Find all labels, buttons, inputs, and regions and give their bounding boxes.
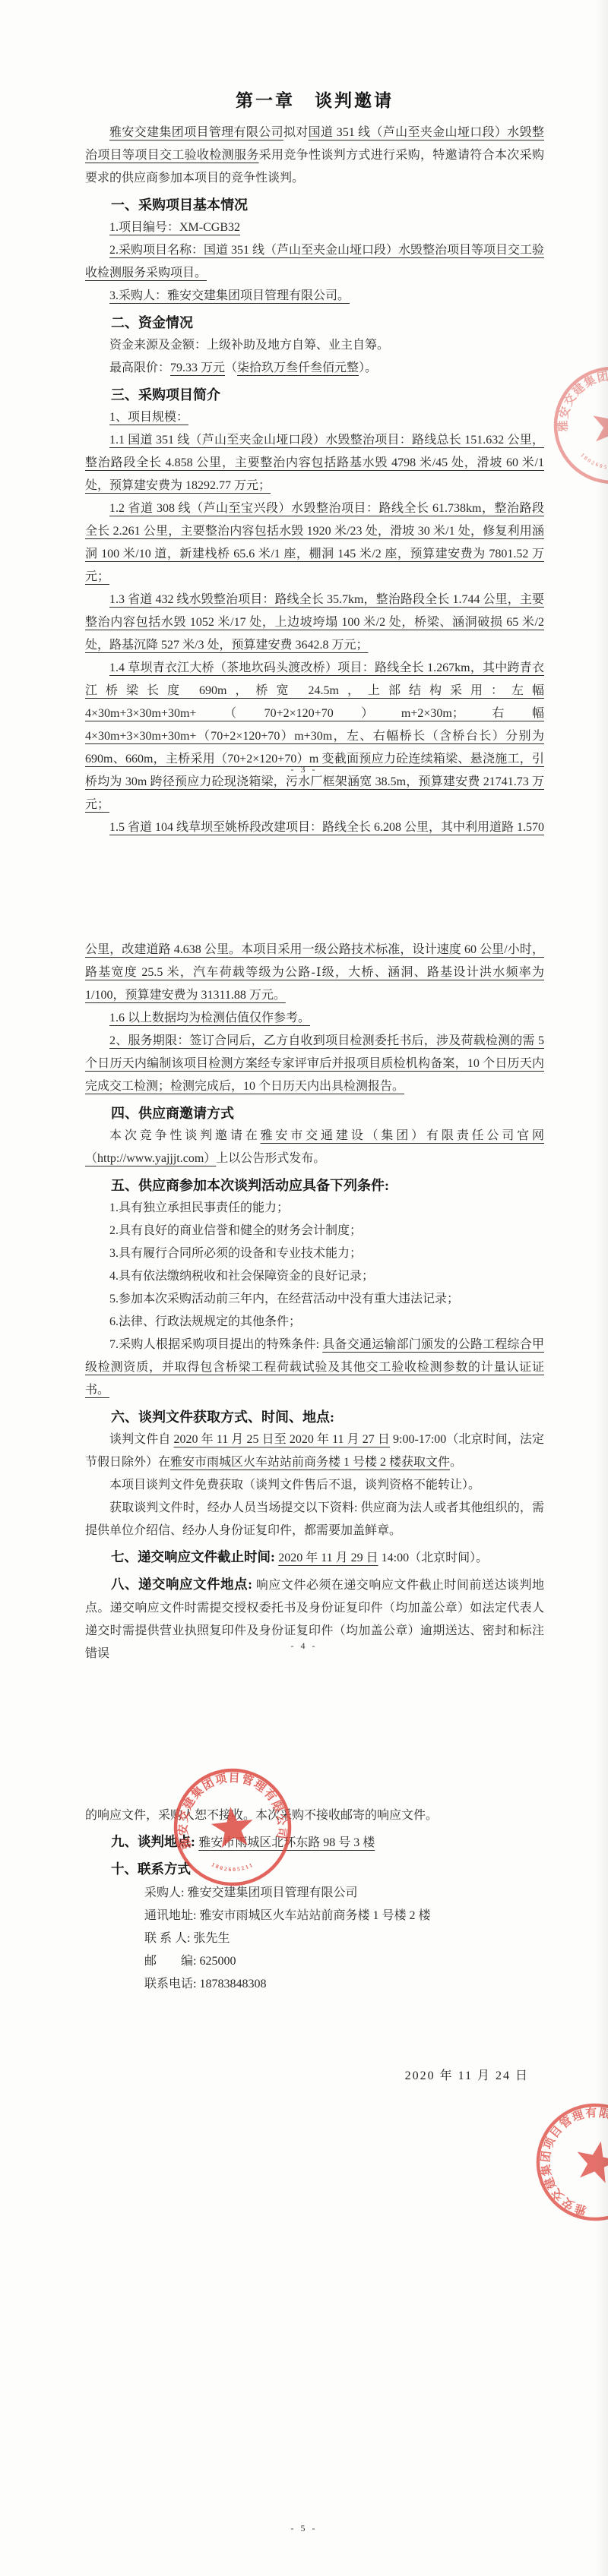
paragraph: 3.具有履行合同所必须的设备和专业技术能力； — [85, 1242, 544, 1265]
paragraph: 3.采购人：雅安交建集团项目管理有限公司。 — [85, 285, 544, 308]
text-segment: 五、供应商参加本次谈判活动应具备下列条件: — [111, 1178, 389, 1193]
text-segment: 雅安市雨城区火车站站前商务楼 1 号楼 2 楼获取文件 — [170, 1456, 450, 1469]
text-segment: 八、递交响应文件地点: — [111, 1577, 256, 1592]
text-segment: 雅安市雨城区北环东路 98 号 3 楼 — [198, 1836, 375, 1849]
page-5: 的响应文件，采购人恕不接收。本次采购不接收邮寄的响应文件。九、谈判地点: 雅安市… — [0, 1716, 608, 2576]
paragraph: 谈判文件自 2020 年 11 月 25 日至 2020 年 11 月 27 日… — [85, 1428, 544, 1474]
text-segment: 3.采购人：雅安交建集团项目管理有限公司。 — [109, 289, 350, 302]
paragraph: 1.6 以上数据均为检测估值仅作参考。 — [85, 1007, 544, 1030]
paragraph: 雅安交建集团项目管理有限公司拟对国道 351 线（芦山至夹金山垭口段）水毁整治项… — [85, 122, 544, 190]
text-segment: 1、项目规模： — [109, 411, 188, 424]
text-segment: 6.法律、行政法规规定的其他条件； — [109, 1315, 301, 1328]
text-segment: 1.3 省道 432 线水毁整治项目：路线全长 35.7km，整治路段全长 1.… — [85, 593, 544, 652]
text-segment: 最高限价： — [109, 361, 170, 374]
paragraph: 联系电话: 18783848308 — [144, 1973, 544, 1996]
scan-edge-shadow — [596, 0, 608, 2576]
paragraph: 1.1 国道 351 线（芦山至夹金山垭口段）水毁整治项目：路线总长 151.6… — [85, 429, 544, 497]
text-segment: 一、采购项目基本情况 — [111, 197, 248, 213]
text-segment: 谈判文件自 — [109, 1433, 174, 1446]
paragraph: 1.5 省道 104 线草坝至姚桥段改建项目：路线全长 6.208 公里，其中利… — [85, 816, 544, 839]
text-segment: 1.6 以上数据均为检测估值仅作参考。 — [109, 1012, 310, 1024]
text-segment: ）。 — [359, 361, 377, 374]
paragraph: 1.2 省道 308 线（芦山至宝兴段）水毁整治项目：路线全长 61.738km… — [85, 497, 544, 589]
text-segment: 二、资金情况 — [111, 315, 193, 330]
paragraph: 九、谈判地点: 雅安市雨城区北环东路 98 号 3 楼 — [85, 1830, 544, 1855]
paragraph: 2.采购项目名称：国道 351 线（芦山至夹金山垭口段）水毁整治项目等项目交工验… — [85, 239, 544, 285]
paragraph: 联 系 人: 张先生 — [144, 1927, 544, 1950]
section-heading: 五、供应商参加本次谈判活动应具备下列条件: — [85, 1174, 544, 1197]
paragraph: 采购人: 雅安交建集团项目管理有限公司 — [144, 1882, 544, 1905]
section-heading: 一、采购项目基本情况 — [85, 194, 544, 216]
paragraph: 1、项目规模： — [85, 406, 544, 429]
text-segment: 联 系 人: 张先生 — [144, 1932, 230, 1945]
paragraph: 获取谈判文件时，经办人员当场提交以下资料: 供应商为法人或者其他组织的，需提供单… — [85, 1497, 544, 1542]
text-segment: 本次竞争性谈判邀请在 — [109, 1129, 261, 1142]
paragraph: 最高限价：79.33 万元（柒拾玖万叁仟叁佰元整）。 — [85, 357, 544, 380]
section-heading: 六、谈判文件获取方式、时间、地点: — [85, 1406, 544, 1428]
section-heading: 四、供应商邀请方式 — [85, 1102, 544, 1125]
text-segment: 2.具有良好的商业信誉和健全的财务会计制度； — [109, 1224, 362, 1237]
text-segment: 2.采购项目名称：国道 351 线（芦山至夹金山垭口段）水毁整治项目等项目交工验… — [85, 244, 544, 279]
text-segment: 3.具有履行合同所必须的设备和专业技术能力； — [109, 1247, 362, 1260]
paragraph: 资金来源及金额：上级补助及地方自筹、业主自筹。 — [85, 334, 544, 357]
text-segment: 1.具有独立承担民事责任的能力； — [109, 1201, 289, 1214]
paragraph: 邮 编: 625000 — [144, 1950, 544, 1973]
page-number-3: - 3 - — [0, 764, 608, 775]
text-segment: 。 — [450, 1456, 462, 1469]
paragraph: 公里，改建道路 4.638 公里。本项目采用一级公路技术标准，设计速度 60 公… — [85, 939, 544, 1007]
paragraph: 1.4 草坝青衣江大桥（茶地坎码头渡改桥）项目：路线全长 1.267km，其中跨… — [85, 657, 544, 816]
text-segment: 1.项目编号：XM-CGB32 — [109, 221, 240, 234]
paragraph: 通讯地址: 雅安市雨城区火车站站前商务楼 1 号楼 2 楼 — [144, 1905, 544, 1927]
text-segment: 1.4 草坝青衣江大桥（茶地坎码头渡改桥）项目：路线全长 1.267km，其中跨… — [85, 661, 544, 811]
document-scan: 第一章 谈判邀请 雅安交建集团项目管理有限公司拟对国道 351 线（芦山至夹金山… — [0, 0, 608, 2576]
paragraph: 1.3 省道 432 线水毁整治项目：路线全长 35.7km，整治路段全长 1.… — [85, 589, 544, 657]
text-segment: 上以公告形式发布。 — [216, 1152, 325, 1165]
text-segment: （ — [225, 361, 237, 374]
page-3-content: 雅安交建集团项目管理有限公司拟对国道 351 线（芦山至夹金山垭口段）水毁整治项… — [85, 122, 544, 839]
paragraph: 5.参加本次采购活动前三年内，在经营活动中没有重大违法记录； — [85, 1288, 544, 1311]
text-segment: 79.33 万元 — [170, 361, 225, 374]
text-segment: 7.采购人根据采购项目提出的特殊条件: — [109, 1338, 322, 1351]
page-4-content: 公里，改建道路 4.638 公里。本项目采用一级公路技术标准，设计速度 60 公… — [85, 939, 544, 1665]
text-segment: 2020 年 11 月 25 日至 2020 年 11 月 27 日 — [174, 1433, 390, 1446]
page-5-content: 的响应文件，采购人恕不接收。本次采购不接收邮寄的响应文件。九、谈判地点: 雅安市… — [85, 1804, 544, 1996]
paragraph: 7.采购人根据采购项目提出的特殊条件: 具备交通运输部门颁发的公路工程综合甲级检… — [85, 1334, 544, 1402]
text-segment: 4.具有依法缴纳税收和社会保障资金的良好记录； — [109, 1270, 374, 1283]
text-segment: 1.1 国道 351 线（芦山至夹金山垭口段）水毁整治项目：路线总长 151.6… — [85, 434, 544, 492]
text-segment: 拟对 — [283, 126, 309, 139]
text-segment: 采购人: 雅安交建集团项目管理有限公司 — [144, 1886, 357, 1899]
paragraph: 七、递交响应文件截止时间: 2020 年 11 月 29 日 14:00（北京时… — [85, 1545, 544, 1570]
text-segment: 5.参加本次采购活动前三年内，在经营活动中没有重大违法记录； — [109, 1293, 459, 1305]
text-segment: 1.2 省道 308 线（芦山至宝兴段）水毁整治项目：路线全长 61.738km… — [85, 502, 544, 583]
text-segment: 十、联系方式 — [111, 1861, 191, 1877]
text-segment: 雅安交建集团项目管理有限公司 — [109, 126, 283, 139]
text-segment: 2、服务期限：签订合同后，乙方自收到项目检测委托书后，涉及荷载检测的需 5 个日… — [85, 1034, 544, 1093]
section-heading: 三、采购项目简介 — [85, 384, 544, 406]
text-segment: 2020 年 11 月 29 日 — [278, 1552, 378, 1564]
page-number-5: - 5 - — [0, 2523, 608, 2534]
text-segment: 联系电话: 18783848308 — [144, 1978, 266, 1990]
paragraph: 6.法律、行政法规规定的其他条件； — [85, 1311, 544, 1334]
paragraph: 的响应文件，采购人恕不接收。本次采购不接收邮寄的响应文件。 — [85, 1804, 544, 1827]
text-segment: 七、递交响应文件截止时间: — [111, 1549, 278, 1564]
text-segment: 柒拾玖万叁仟叁佰元整 — [237, 361, 359, 374]
text-segment: 通讯地址: 雅安市雨城区火车站站前商务楼 1 号楼 2 楼 — [144, 1909, 430, 1922]
paragraph: 十、联系方式 — [85, 1858, 544, 1882]
text-segment: 获取谈判文件时，经办人员当场提交以下资料: 供应商为法人或者其他组织的，需提供单… — [85, 1501, 544, 1537]
text-segment: 资金来源及金额：上级补助及地方自筹、业主自筹。 — [109, 339, 389, 352]
text-segment: 九、谈判地点: — [111, 1834, 198, 1849]
text-segment: 1.5 省道 104 线草坝至姚桥段改建项目：路线全长 6.208 公里，其中利… — [109, 821, 544, 834]
issue-date: 2020 年 11 月 24 日 — [85, 2066, 544, 2083]
paragraph: 4.具有依法缴纳税收和社会保障资金的良好记录； — [85, 1265, 544, 1288]
text-segment: 六、谈判文件获取方式、时间、地点: — [111, 1410, 334, 1425]
paragraph: 1.具有独立承担民事责任的能力； — [85, 1197, 544, 1220]
paragraph: 2、服务期限：签订合同后，乙方自收到项目检测委托书后，涉及荷载检测的需 5 个日… — [85, 1030, 544, 1098]
text-segment: 四、供应商邀请方式 — [111, 1106, 234, 1121]
paragraph: 本次竞争性谈判邀请在雅安市交通建设（集团）有限责任公司官网（http://www… — [85, 1125, 544, 1170]
text-segment: 三、采购项目简介 — [111, 387, 220, 402]
paragraph: 2.具有良好的商业信誉和健全的财务会计制度； — [85, 1220, 544, 1242]
text-segment: 邮 编: 625000 — [144, 1955, 236, 1968]
text-segment: 公里，改建道路 4.638 公里。本项目采用一级公路技术标准，设计速度 60 公… — [85, 943, 544, 1002]
document-title: 第一章 谈判邀请 — [85, 88, 544, 114]
paragraph: 1.项目编号：XM-CGB32 — [85, 216, 544, 239]
page-4: 公里，改建道路 4.638 公里。本项目采用一级公路技术标准，设计速度 60 公… — [0, 858, 608, 1716]
section-heading: 二、资金情况 — [85, 311, 544, 334]
text-segment: 14:00（北京时间）。 — [378, 1552, 488, 1564]
text-segment: 的响应文件，采购人恕不接收。本次采购不接收邮寄的响应文件。 — [85, 1809, 438, 1822]
text-segment: 本项目谈判文件免费获取（谈判文件售后不退，谈判资格不能转让）。 — [109, 1479, 480, 1492]
page-number-4: - 4 - — [0, 1640, 608, 1652]
paragraph: 本项目谈判文件免费获取（谈判文件售后不退，谈判资格不能转让）。 — [85, 1474, 544, 1497]
page-3: 第一章 谈判邀请 雅安交建集团项目管理有限公司拟对国道 351 线（芦山至夹金山… — [0, 0, 608, 858]
